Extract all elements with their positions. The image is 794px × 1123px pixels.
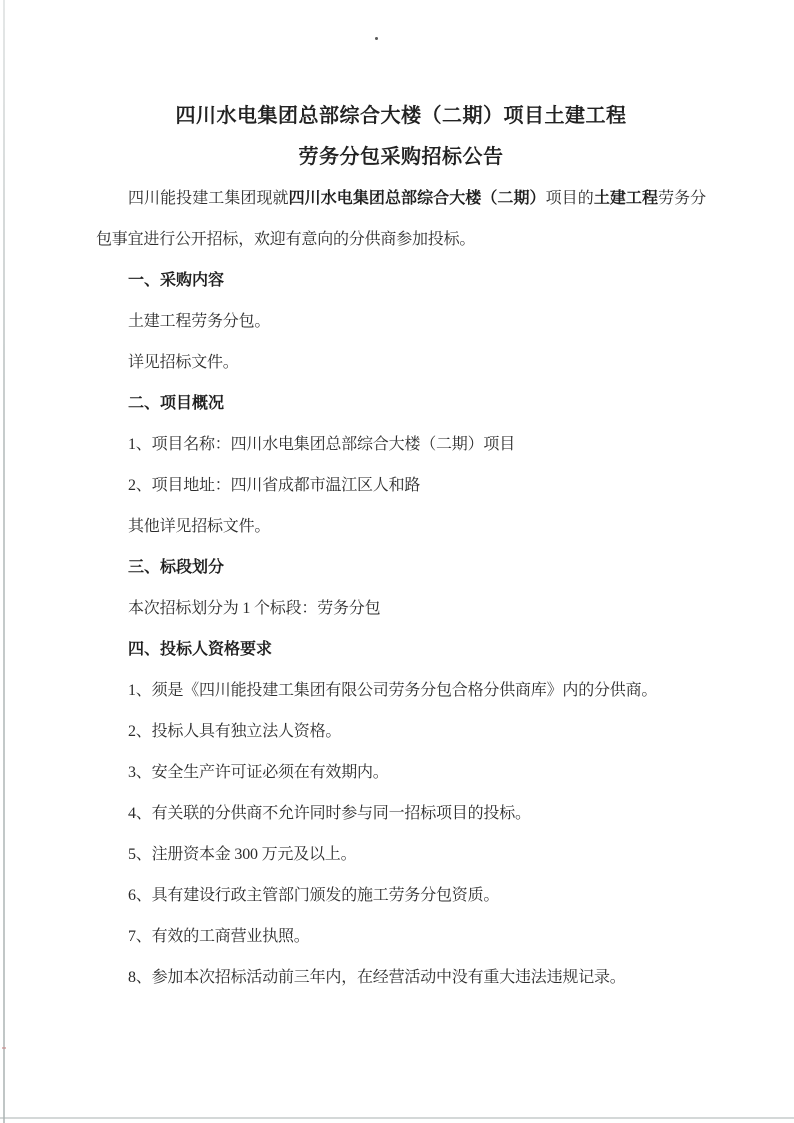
- section-heading-1-procurement-content: 一、采购内容: [96, 260, 706, 301]
- intro-run-4-bold: 土建工程: [594, 190, 658, 207]
- intro-run-1: 四川能投建工集团现就: [128, 190, 289, 207]
- intro-paragraph: 四川能投建工集团现就四川水电集团总部综合大楼（二期）项目的土建工程劳务分包事宜进…: [96, 178, 706, 260]
- document-content: 四川水电集团总部综合大楼（二期）项目土建工程 劳务分包采购招标公告 四川能投建工…: [96, 96, 706, 998]
- section-4-requirement-item: 8、参加本次招标活动前三年内，在经营活动中没有重大违法违规记录。: [96, 957, 706, 998]
- section-2-paragraph: 2、项目地址：四川省成都市温江区人和路: [96, 465, 706, 506]
- scan-edge-artifact-left: [3, 0, 5, 1123]
- section-4-requirement-item: 2、投标人具有独立法人资格。: [96, 711, 706, 752]
- section-2-paragraph: 其他详见招标文件。: [96, 506, 706, 547]
- scan-speck-top: [375, 37, 378, 40]
- section-4-requirement-item: 3、安全生产许可证必须在有效期内。: [96, 752, 706, 793]
- section-1-paragraph: 土建工程劳务分包。: [96, 301, 706, 342]
- section-1-paragraph: 详见招标文件。: [96, 342, 706, 383]
- section-4-requirement-item: 6、具有建设行政主管部门颁发的施工劳务分包资质。: [96, 875, 706, 916]
- scanned-document-page: 四川水电集团总部综合大楼（二期）项目土建工程 劳务分包采购招标公告 四川能投建工…: [0, 0, 794, 1123]
- section-heading-4-bidder-qualifications: 四、投标人资格要求: [96, 629, 706, 670]
- section-4-requirement-item: 1、须是《四川能投建工集团有限公司劳务分包合格分供商库》内的分供商。: [96, 670, 706, 711]
- document-title-line-2: 劳务分包采购招标公告: [96, 137, 706, 178]
- intro-run-3: 项目的: [546, 190, 594, 207]
- intro-run-2-bold: 四川水电集团总部综合大楼（二期）: [289, 190, 546, 207]
- scan-edge-artifact-bottom: [0, 1117, 794, 1119]
- section-3-paragraph: 本次招标划分为 1 个标段：劳务分包: [96, 588, 706, 629]
- section-heading-2-project-overview: 二、项目概况: [96, 383, 706, 424]
- section-4-requirement-item: 7、有效的工商营业执照。: [96, 916, 706, 957]
- section-4-requirement-item: 5、注册资本金 300 万元及以上。: [96, 834, 706, 875]
- scan-speck-left: [2, 1047, 6, 1049]
- section-4-requirement-item: 4、有关联的分供商不允许同时参与同一招标项目的投标。: [96, 793, 706, 834]
- section-heading-3-bid-sections: 三、标段划分: [96, 547, 706, 588]
- section-2-paragraph: 1、项目名称：四川水电集团总部综合大楼（二期）项目: [96, 424, 706, 465]
- document-title-line-1: 四川水电集团总部综合大楼（二期）项目土建工程: [96, 96, 706, 137]
